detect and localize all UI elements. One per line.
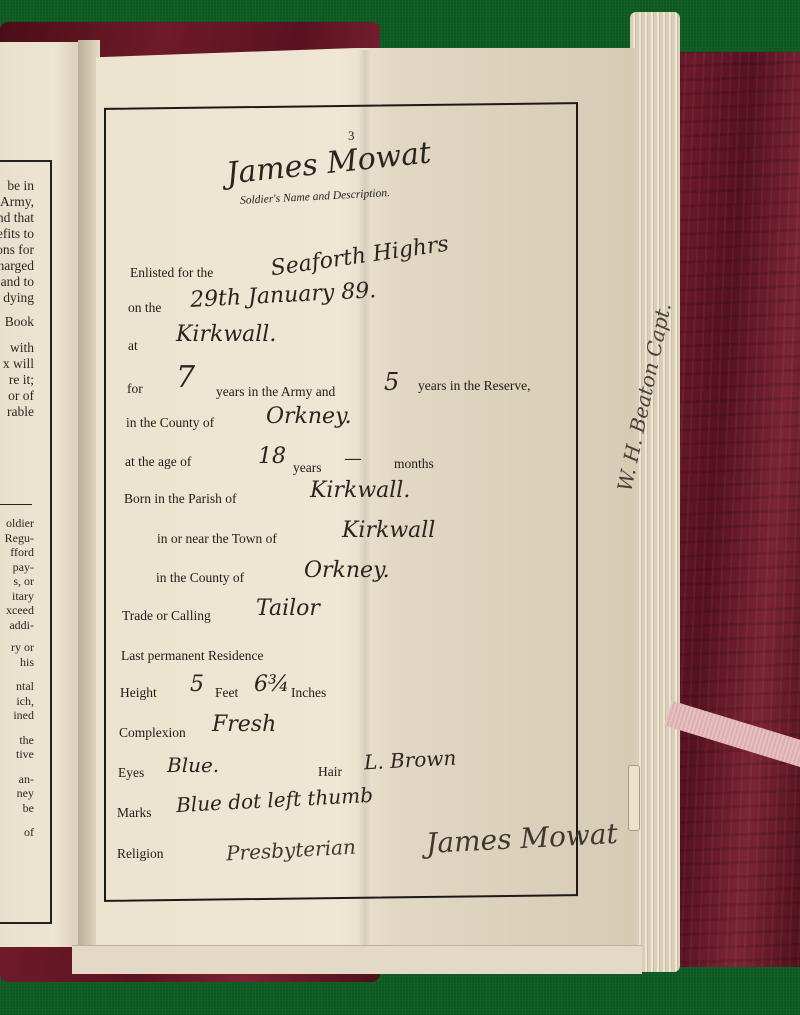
label-for: for	[127, 381, 143, 397]
label-last-residence: Last permanent Residence	[121, 648, 263, 664]
value-height-feet: 5	[190, 672, 204, 697]
value-army-years: 7	[176, 360, 195, 395]
label-years-reserve: years in the Reserve,	[418, 378, 530, 394]
label-trade: Trade or Calling	[122, 608, 211, 624]
page-number: 3	[348, 128, 355, 144]
left-page: be inArmy,nd thatefits toons forhargedan…	[0, 42, 82, 947]
label-eyes: Eyes	[118, 765, 144, 781]
value-age-years: 18	[258, 444, 286, 469]
label-years: years	[293, 460, 321, 476]
label-at: at	[128, 338, 138, 354]
value-county: Orkney.	[266, 404, 352, 429]
label-on-the: on the	[128, 300, 161, 316]
label-enlisted-for: Enlisted for the	[130, 265, 213, 281]
value-height-inches: 6¾	[254, 672, 289, 697]
value-eyes: Blue.	[167, 753, 219, 777]
label-birth-county: in the County of	[156, 570, 244, 586]
label-complexion: Complexion	[119, 725, 186, 741]
label-months: months	[394, 456, 434, 472]
label-height: Height	[120, 685, 157, 701]
value-complexion: Fresh	[212, 712, 276, 737]
value-hair: L. Brown	[363, 746, 456, 775]
left-page-text-upper: be inArmy,nd thatefits toons forhargedan…	[0, 178, 34, 420]
left-page-rule	[0, 504, 32, 505]
value-born-parish: Kirkwall.	[310, 478, 410, 503]
label-marks: Marks	[117, 805, 152, 821]
label-born-parish: Born in the Parish of	[124, 491, 237, 507]
label-county: in the County of	[126, 415, 214, 431]
value-birth-county: Orkney.	[304, 558, 390, 583]
label-age: at the age of	[125, 454, 191, 470]
label-town: in or near the Town of	[157, 531, 277, 547]
value-trade: Tailor	[256, 596, 320, 621]
label-hair: Hair	[318, 764, 342, 780]
bottom-page-edge	[72, 945, 642, 974]
label-inches: Inches	[291, 685, 326, 701]
left-page-text-lower: oldierRegu-ffordpay-s, oritaryxceedaddi-…	[0, 516, 34, 840]
label-feet: Feet	[215, 685, 238, 701]
label-religion: Religion	[117, 846, 164, 862]
value-reserve-years: 5	[384, 368, 399, 396]
page-clip	[628, 765, 640, 831]
label-years-army: years in the Army and	[216, 384, 335, 400]
value-enlist-place: Kirkwall.	[176, 322, 276, 347]
value-town: Kirkwall	[342, 518, 435, 543]
value-age-months: —	[344, 448, 362, 469]
